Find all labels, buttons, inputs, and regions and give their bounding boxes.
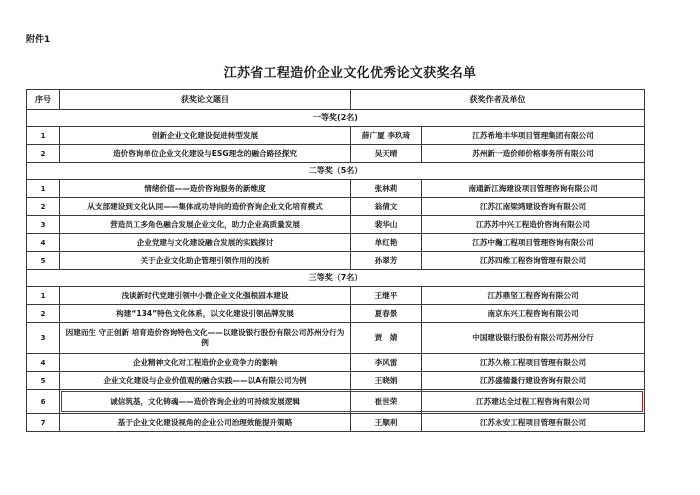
table-row: 4 企业精神文化对工程造价企业竞争力的影响 李风雷 江苏久格工程项目管理有限公司 — [27, 354, 645, 372]
row-author: 吴天晴 — [351, 145, 422, 163]
table-row: 2 从支部建设到文化认同——集体成功导向的造价咨询企业文化培育模式 翁倩文 江苏… — [27, 198, 645, 216]
row-title: 诚信筑基，文化铸魂——造价咨询企业的可持续发展逻辑 — [60, 390, 351, 414]
header-paper: 获奖论文题目 — [60, 90, 351, 110]
row-unit: 江苏四维工程咨询管理有限公司 — [422, 252, 645, 270]
table-row: 2 构建“134”特色文化体系，以文化建设引领品牌发展 夏春景 南京东兴工程咨询… — [27, 305, 645, 323]
row-unit: 苏州新一造价师价格事务所有限公司 — [422, 145, 645, 163]
row-seq: 2 — [27, 305, 60, 323]
row-author: 裴华山 — [351, 216, 422, 234]
table-row: 1 创新企业文化建设促进转型发展 薛广厦 李玖琦 江苏希地丰华项目管理集团有限公… — [27, 127, 645, 145]
award-table: 序号 获奖论文题目 获奖作者及单位 一等奖(2名) 1 创新企业文化建设促进转型… — [26, 89, 645, 432]
row-unit: 江苏苏中兴工程造价咨询有限公司 — [422, 216, 645, 234]
section-second-prize: 二等奖（5名） — [27, 163, 645, 180]
table-row: 2 造价咨询单位企业文化建设与ESG理念的融合路径探究 吴天晴 苏州新一造价师价… — [27, 145, 645, 163]
row-author: 王顺利 — [351, 414, 422, 432]
row-author: 薛广厦 李玖琦 — [351, 127, 422, 145]
row-title: 企业文化建设与企业价值观的融合实践——以A有限公司为例 — [60, 372, 351, 390]
annex-label: 附件1 — [26, 32, 50, 45]
row-author: 崔世荣 — [351, 390, 422, 414]
row-author: 夏春景 — [351, 305, 422, 323]
row-title: 基于企业文化建设视角的企业公司治理效能提升策略 — [60, 414, 351, 432]
row-title: 因建而生 守正创新 培育造价咨询特色文化——以建设银行股份有限公司苏州分行为例 — [60, 323, 351, 354]
table-row: 5 关于企业文化助企管理引领作用的浅析 孙翠芳 江苏四维工程咨询管理有限公司 — [27, 252, 645, 270]
section-first-prize: 一等奖(2名) — [27, 110, 645, 127]
row-author: 翁倩文 — [351, 198, 422, 216]
header-author-unit: 获奖作者及单位 — [351, 90, 645, 110]
row-unit: 南通新江海建设项目管理咨询有限公司 — [422, 180, 645, 198]
row-author: 王继平 — [351, 287, 422, 305]
row-author: 张林莉 — [351, 180, 422, 198]
header-seq: 序号 — [27, 90, 60, 110]
row-unit: 中国建设银行股份有限公司苏州分行 — [422, 323, 645, 354]
section-third-prize: 三等奖（7名） — [27, 270, 645, 287]
row-seq: 2 — [27, 198, 60, 216]
row-title: 情绪价值——造价咨询服务的新维度 — [60, 180, 351, 198]
row-title: 营造员工多角色融合发展企业文化，助力企业高质量发展 — [60, 216, 351, 234]
row-title: 浅谈新时代党建引领中小微企业文化强根固本建设 — [60, 287, 351, 305]
table-row: 7 基于企业文化建设视角的企业公司治理效能提升策略 王顺利 江苏永安工程项目管理… — [27, 414, 645, 432]
row-unit: 江苏中瀚工程项目管理咨询有限公司 — [422, 234, 645, 252]
table-row: 3 营造员工多角色融合发展企业文化，助力企业高质量发展 裴华山 江苏苏中兴工程造… — [27, 216, 645, 234]
row-title: 关于企业文化助企管理引领作用的浅析 — [60, 252, 351, 270]
row-seq: 4 — [27, 354, 60, 372]
row-unit: 江苏江南梁鸿建设咨询有限公司 — [422, 198, 645, 216]
row-author: 李风雷 — [351, 354, 422, 372]
row-seq: 3 — [27, 323, 60, 354]
row-seq: 1 — [27, 180, 60, 198]
table-header: 序号 获奖论文题目 获奖作者及单位 — [27, 90, 645, 110]
row-author: 单红艳 — [351, 234, 422, 252]
row-author: 贾 婧 — [351, 323, 422, 354]
row-unit: 南京东兴工程咨询有限公司 — [422, 305, 645, 323]
row-title: 构建“134”特色文化体系，以文化建设引领品牌发展 — [60, 305, 351, 323]
row-unit: 江苏久格工程项目管理有限公司 — [422, 354, 645, 372]
row-seq: 7 — [27, 414, 60, 432]
row-seq: 5 — [27, 252, 60, 270]
section-label: 二等奖（5名） — [27, 163, 645, 180]
row-title: 造价咨询单位企业文化建设与ESG理念的融合路径探究 — [60, 145, 351, 163]
table-row: 3 因建而生 守正创新 培育造价咨询特色文化——以建设银行股份有限公司苏州分行为… — [27, 323, 645, 354]
row-title: 企业精神文化对工程造价企业竞争力的影响 — [60, 354, 351, 372]
row-seq: 4 — [27, 234, 60, 252]
row-seq: 3 — [27, 216, 60, 234]
row-seq: 1 — [27, 127, 60, 145]
row-unit: 江苏希地丰华项目管理集团有限公司 — [422, 127, 645, 145]
document-title: 江苏省工程造价企业文化优秀论文获奖名单 — [0, 62, 700, 81]
table-row: 1 情绪价值——造价咨询服务的新维度 张林莉 南通新江海建设项目管理咨询有限公司 — [27, 180, 645, 198]
section-label: 一等奖(2名) — [27, 110, 645, 127]
row-title: 创新企业文化建设促进转型发展 — [60, 127, 351, 145]
row-author: 王晓娟 — [351, 372, 422, 390]
table-row-highlighted: 6 诚信筑基，文化铸魂——造价咨询企业的可持续发展逻辑 崔世荣 江苏建达全过程工… — [27, 390, 645, 414]
table-row: 5 企业文化建设与企业价值观的融合实践——以A有限公司为例 王晓娟 江苏盛德量行… — [27, 372, 645, 390]
row-unit: 江苏鼎坚工程咨询有限公司 — [422, 287, 645, 305]
row-title: 企业党建与文化建设融合发展的实践探讨 — [60, 234, 351, 252]
row-title: 从支部建设到文化认同——集体成功导向的造价咨询企业文化培育模式 — [60, 198, 351, 216]
section-label: 三等奖（7名） — [27, 270, 645, 287]
table-row: 1 浅谈新时代党建引领中小微企业文化强根固本建设 王继平 江苏鼎坚工程咨询有限公… — [27, 287, 645, 305]
row-seq: 6 — [27, 390, 60, 414]
table-row: 4 企业党建与文化建设融合发展的实践探讨 单红艳 江苏中瀚工程项目管理咨询有限公… — [27, 234, 645, 252]
row-author: 孙翠芳 — [351, 252, 422, 270]
row-unit: 江苏永安工程项目管理有限公司 — [422, 414, 645, 432]
row-seq: 1 — [27, 287, 60, 305]
row-unit: 江苏建达全过程工程咨询有限公司 — [422, 390, 645, 414]
row-seq: 2 — [27, 145, 60, 163]
row-unit: 江苏盛德量行建设咨询有限公司 — [422, 372, 645, 390]
row-seq: 5 — [27, 372, 60, 390]
